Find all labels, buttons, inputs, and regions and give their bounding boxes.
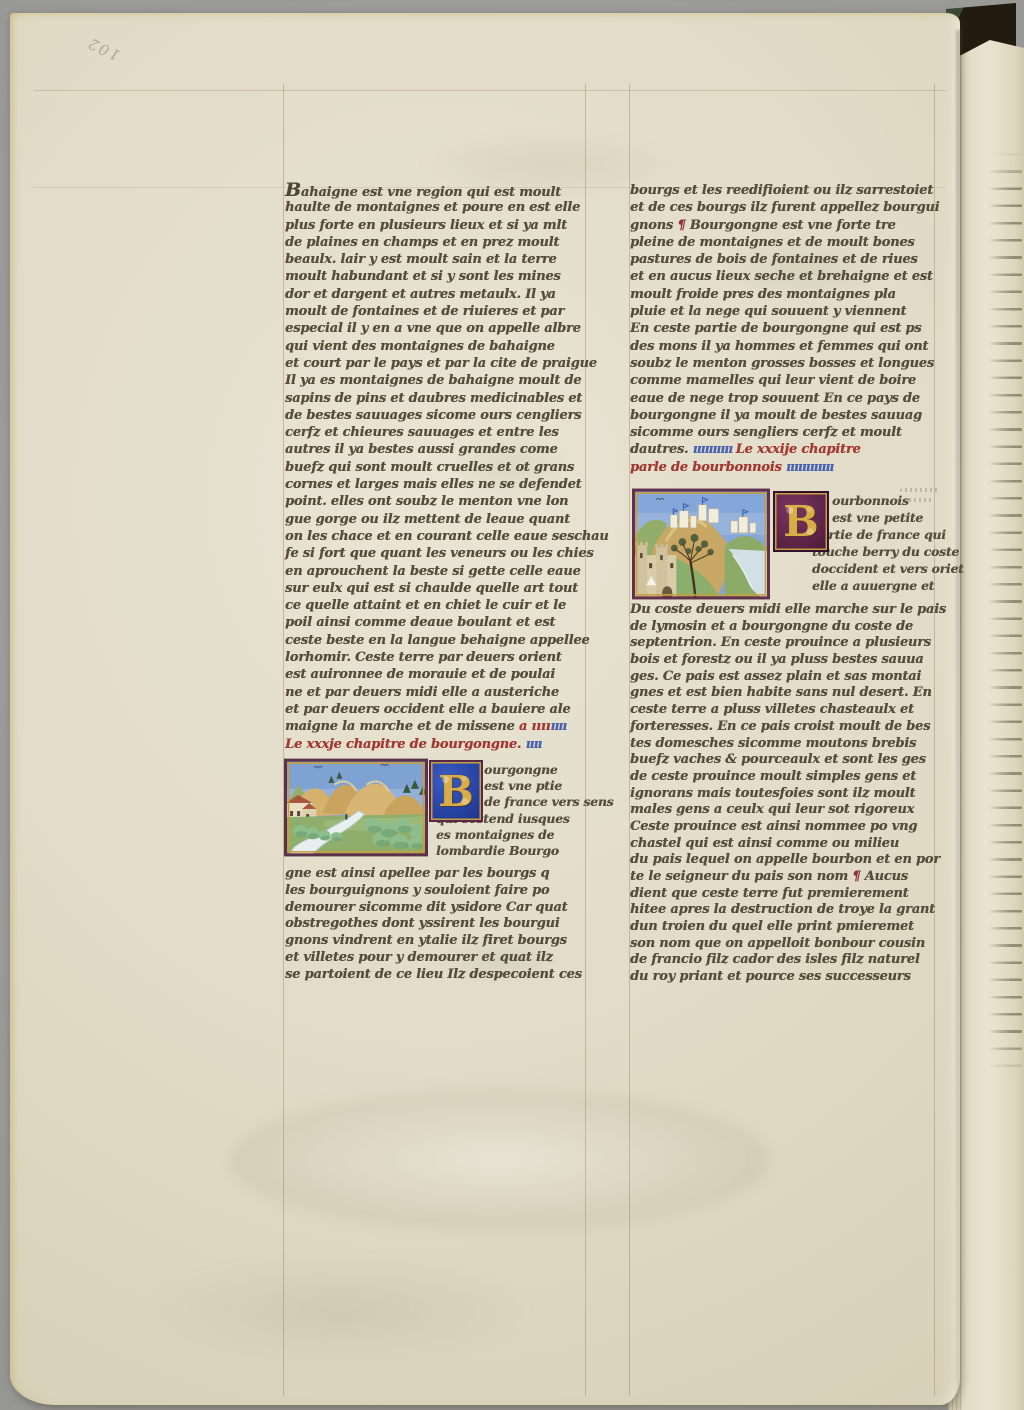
text-line: ceste beste en la langue behaigne appell… <box>285 632 587 649</box>
text-line: les bourguignons y souloient faire po <box>285 883 587 900</box>
text-line: est vne ptie <box>484 778 588 794</box>
text-line: soubz le menton grosses bosses et longue… <box>630 355 938 372</box>
text-line: septentrion. En ceste prouince a plusieu… <box>630 635 938 652</box>
text-line: gnes et est bien habite sans nul desert.… <box>630 685 938 702</box>
text-line: cerfz et chieures sauuages et entre les <box>285 424 587 441</box>
left-column-text: Bahaigne est vne region qui est moulthau… <box>285 182 587 753</box>
text-line: demourer sicomme dit ysidore Car quat <box>285 900 587 917</box>
page-seam-shadow <box>956 30 961 1410</box>
text-line: et court par le pays et par la cite de p… <box>285 355 587 372</box>
text-line: de france vers sens <box>484 794 588 810</box>
right-column-text-below-miniature: Du coste deuers midi elle marche sur le … <box>630 602 938 986</box>
text-line: en aprouchent la beste si gette celle ea… <box>285 563 587 580</box>
text-line: En ceste partie de bourgongne qui est ps <box>630 320 938 337</box>
miniature-bourgogne-landscape <box>284 758 428 857</box>
text-line: est auironnee de morauie et de poulai <box>285 666 587 683</box>
marginal-pencil-note <box>904 498 934 502</box>
text-line: dor et dargent et autres metaulx. Il ya <box>285 286 587 303</box>
text-line: fe si fort que quant les veneurs ou les … <box>285 545 587 562</box>
text-line: ce quelle attaint et en chiet le cuir et… <box>285 597 587 614</box>
text-line: Bahaigne est vne region qui est moult <box>285 182 587 199</box>
text-line: gue gorge ou ilz mettent de leaue quant <box>285 511 587 528</box>
text-line: plus forte en plusieurs lieux et si ya m… <box>285 217 587 234</box>
text-line: de ceste prouince moult simples gens et <box>630 769 938 786</box>
text-line: dient que ceste terre fut premierement <box>630 886 938 903</box>
text-line: Il ya es montaignes de bahaigne moult de <box>285 372 587 389</box>
text-line: de plaines en champs et en prez moult <box>285 234 587 251</box>
ruling-line-horizontal <box>34 90 946 91</box>
miniature-bourbonnois-landscape <box>632 488 770 600</box>
text-line: et en aucus lieux seche et brehaigne et … <box>630 268 938 285</box>
decorated-initial-B-gold-on-maroon: B <box>773 491 829 552</box>
text-line: comme mamelles qui leur vient de boire <box>630 372 938 389</box>
text-line: et villetes pour y demourer et quat ilz <box>285 950 587 967</box>
initial-letter: B <box>438 767 474 816</box>
text-line: ourgongne <box>484 762 588 778</box>
text-line: sicomme ours sengliers cerfz et moult <box>630 424 938 441</box>
text-line: poil ainsi comme deaue boulant et est <box>285 614 587 631</box>
text-line: te le seigneur du pais son nom ¶ Aucus <box>630 869 938 886</box>
text-line: tes domesches sicomme moutons brebis <box>630 736 938 753</box>
text-line: pluie et la nege qui souuent y viennent <box>630 303 938 320</box>
text-line: autres il ya bestes aussi grandes come <box>285 441 587 458</box>
text-line: hitee apres la destruction de troye la g… <box>630 902 938 919</box>
text-line: qui vient des montaignes de bahaigne <box>285 338 587 355</box>
text-line: maigne la marche et de missene a ııııııı… <box>285 718 587 735</box>
text-line: pastures de bois de fontaines et de riue… <box>630 251 938 268</box>
text-line: lorhomir. Ceste terre par deuers orient <box>285 649 587 666</box>
text-line: Le xxxje chapitre de bourgongne. ıııı <box>285 736 587 753</box>
text-line: Ceste prouince est ainsi nommee po vng <box>630 819 938 836</box>
marginal-pencil-note <box>900 488 940 492</box>
text-line: beaulx. lair y est moult sain et la terr… <box>285 251 587 268</box>
text-line: bourgs et les reedifioient ou ilz sarres… <box>630 182 938 199</box>
text-line: haulte de montaignes et poure en est ell… <box>285 199 587 216</box>
text-line: des mons il ya hommes et femmes qui ont <box>630 338 938 355</box>
text-line: moult habundant et si y sont les mines <box>285 268 587 285</box>
right-column-text: bourgs et les reedifioient ou ilz sarres… <box>630 182 938 476</box>
text-line: cornes et larges mais elles ne se defend… <box>285 476 587 493</box>
text-line: especial il y en a vne que on appelle al… <box>285 320 587 337</box>
text-line: gnons ¶ Bourgongne est vne forte tre <box>630 217 938 234</box>
text-line: parle de bourbonnois ıııııııııııı <box>630 459 938 476</box>
text-line: lombardie Bourgo <box>436 843 588 859</box>
text-line: du roy priant et pource ses successeurs <box>630 969 938 986</box>
initial-letter: B <box>783 497 819 546</box>
text-line: ceste terre a pluss villetes chasteaulx … <box>630 702 938 719</box>
text-line: eaue de nege trop souuent En ce pays de <box>630 390 938 407</box>
text-line: et par deuers occident elle a bauiere al… <box>285 701 587 718</box>
ruling-line-vertical <box>283 84 284 1396</box>
next-page-showing-text <box>988 150 1022 1076</box>
text-line: ne et par deuers midi elle a austeriche <box>285 684 587 701</box>
text-line: pleine de montaignes et de moult bones <box>630 234 938 251</box>
text-line: buefz vaches & pourceaulx et sont les ge… <box>630 752 938 769</box>
text-line: chastel qui est ainsi comme ou milieu <box>630 836 938 853</box>
text-line: on les chace et en courant celle eaue se… <box>285 528 587 545</box>
text-line: son nom que on appelloit bonbour cousin <box>630 936 938 953</box>
text-line: de bestes sauuages sicome ours cengliers <box>285 407 587 424</box>
text-line: sur eulx qui est si chaulde quelle art t… <box>285 580 587 597</box>
text-line: bourgongne il ya moult de bestes sauuag <box>630 407 938 424</box>
text-line: obstregothes dont yssirent les bourgui <box>285 916 587 933</box>
text-line: moult de fontaines et de riuieres et par <box>285 303 587 320</box>
text-line: touche berry du coste <box>812 543 940 560</box>
right-column-text-beside-miniature: ourbonnoisest vne petitepartie de france… <box>812 492 940 594</box>
text-line: point. elles ont soubz le menton vne lon <box>285 493 587 510</box>
text-line: ges. Ce pais est assez plain et sas mont… <box>630 669 938 686</box>
text-line: partie de france qui <box>812 526 940 543</box>
text-line: gnons vindrent en ytalie ilz firet bourg… <box>285 933 587 950</box>
text-line: ignorans mais toutesfoies sont ilz moult <box>630 786 938 803</box>
text-line: Du coste deuers midi elle marche sur le … <box>630 602 938 619</box>
text-line: est vne petite <box>832 509 940 526</box>
text-line: gne est ainsi apellee par les bourgs q <box>285 866 587 883</box>
text-line: se partoient de ce lieu Ilz despecoient … <box>285 967 587 984</box>
text-line: de francio filz cador des isles filz nat… <box>630 952 938 969</box>
text-line: moult froide pres des montaignes pla <box>630 286 938 303</box>
text-line: doccident et vers oriet <box>812 560 940 577</box>
text-line: forteresses. En ce pais croist moult de … <box>630 719 938 736</box>
text-line: males gens a ceulx qui leur sot rigoreux <box>630 802 938 819</box>
text-line: bois et forestz ou il ya pluss bestes sa… <box>630 652 938 669</box>
text-line: de lymosin et a bourgongne du coste de <box>630 619 938 636</box>
text-line: dun troien du quel elle print pmieremet <box>630 919 938 936</box>
manuscript-photo: 102 Bahaigne est vne region qui est moul… <box>0 0 1024 1410</box>
text-line: elle a auuergne et <box>812 577 940 594</box>
text-line: buefz qui sont moult cruelles et ot gran… <box>285 459 587 476</box>
text-line: et de ces bourgs ilz furent appellez bou… <box>630 199 938 216</box>
text-line: du pais lequel on appelle bourbon et en … <box>630 852 938 869</box>
left-column-text-below-miniature: gne est ainsi apellee par les bourgs qle… <box>285 866 587 984</box>
text-line: sapins de pins et daubres medicinables e… <box>285 390 587 407</box>
text-line: dautres. ıııııııııı Le xxxije chapitre <box>630 441 938 458</box>
decorated-initial-B-gold-on-blue: B <box>429 760 483 822</box>
text-line: es montaignes de <box>436 827 588 843</box>
